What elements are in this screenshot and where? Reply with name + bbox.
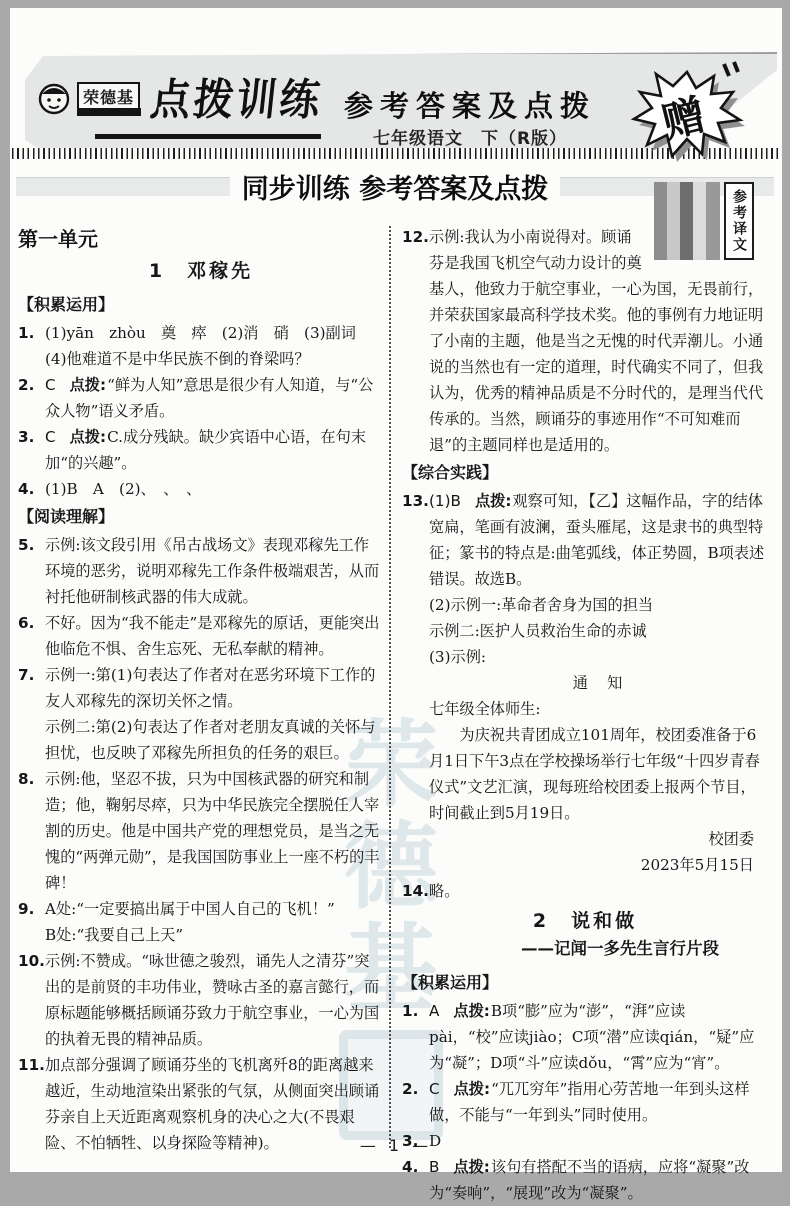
item-number: 2. <box>402 1076 429 1102</box>
column-divider <box>389 226 391 1148</box>
lesson-subtitle: ——记闻一多先生言行片段 <box>402 936 768 962</box>
item-content: 示例:他，坚忍不拔，只为中国核武器的研究和制造；他，鞠躬尽瘁，只为中华民族完全摆… <box>45 766 384 896</box>
brand-mascot-icon <box>36 80 72 116</box>
item-number: 5. <box>18 532 45 558</box>
banner-strip-left <box>16 177 230 196</box>
item-content: C点拨:“兀兀穷年”指用心劳苦地一年到头这样做，不能与“一年到头”同时使用。 <box>429 1076 768 1128</box>
answer-option: C <box>45 376 56 394</box>
translation-label: 参考译文 <box>724 182 754 260</box>
item-number: 1. <box>402 998 429 1024</box>
scanned-answer-page: 荣德基 点拨训练 参考答案及点拨 七年级语文 下（R版） 赠 同步训练 参考答案… <box>10 8 782 1172</box>
section-label: 【综合实践】 <box>402 460 768 486</box>
item-content: B点拨:该句有搭配不当的语病，应将“凝聚”改为“奏响”，“展现”改为“凝聚”。 <box>429 1154 768 1190</box>
item-number: 9. <box>18 896 45 922</box>
item-number: 3. <box>18 424 45 450</box>
lesson-heading: 1 邓稼先 <box>18 258 384 284</box>
item-number: 13. <box>402 488 429 514</box>
item-number: 11. <box>18 1052 45 1078</box>
answer-line: (2)示例一:革命者舍身为国的担当 <box>429 592 768 618</box>
brand-bar <box>77 108 141 116</box>
item-content: 略。 <box>429 878 768 904</box>
section-label: 【积累运用】 <box>402 970 768 996</box>
item-content: (1)B点拨:观察可知，【乙】这幅作品，字的结体宽扁，笔画有波澜，蚕头雁尾，这是… <box>429 488 768 878</box>
section-label: 【积累运用】 <box>18 292 384 318</box>
answer-line: 2023年5月15日 <box>429 852 768 878</box>
answer-line: B处:“我要自己上天” <box>45 922 384 948</box>
item-number: 1. <box>18 320 45 346</box>
item-content: A处:“一定要搞出属于中国人自己的飞机！”B处:“我要自己上天” <box>45 896 384 948</box>
page-subtitle: 七年级语文 下（R版） <box>330 124 610 149</box>
item-content: (1)B A (2)、 、 、 <box>45 476 384 502</box>
unit-title: 第一单元 <box>18 226 384 252</box>
answer-item: 5.示例:该文段引用《吊古战场文》表现邓稼先工作环境的恶劣，说明邓稼先工作条件极… <box>18 532 384 610</box>
logo-underline <box>95 134 321 139</box>
lesson-title: 1 邓稼先 <box>18 258 384 284</box>
answer-line: (3)示例: <box>429 644 768 670</box>
item-number: 7. <box>18 662 45 688</box>
item-number: 14. <box>402 878 429 904</box>
answer-line: A处:“一定要搞出属于中国人自己的飞机！” <box>45 896 384 922</box>
answer-line: (4)他难道不是中华民族不倒的脊梁吗？ <box>45 346 384 372</box>
item-content: 示例:不赞成。“咏世德之骏烈，诵先人之清芬”突出的是前贤的丰功伟业，赞咏古圣的嘉… <box>45 948 384 1052</box>
answer-item: 2.C点拨:“鲜为人知”意思是很少有人知道，与“公众人物”语义矛盾。 <box>18 372 384 424</box>
item-content: 不好。因为“我不能走”是邓稼先的原话，更能突出他临危不惧、舍生忘死、无私奉献的精… <box>45 610 384 662</box>
left-column: 第一单元1 邓稼先【积累运用】1.(1)yān zhòu 奠 瘁 (2)消 硝 … <box>18 224 384 1156</box>
answer-option: (1)B <box>429 492 461 510</box>
answer-line: 示例:他，坚忍不拔，只为中国核武器的研究和制造；他，鞠躬尽瘁，只为中华民族完全摆… <box>45 766 384 896</box>
qr-translation-block: 参考译文 <box>654 182 768 264</box>
item-content: C点拨:“鲜为人知”意思是很少有人知道，与“公众人物”语义矛盾。 <box>45 372 384 424</box>
answer-line: 示例一:第(1)句表达了作者对在恶劣环境下工作的友人邓稼先的深切关怀之情。 <box>45 662 384 714</box>
answer-line: C点拨:C.成分残缺。缺少宾语中心语，在句末加“的兴趣”。 <box>45 424 384 476</box>
series-logo: 点拨训练 <box>148 66 326 128</box>
tip-label: 点拨: <box>453 1158 489 1176</box>
answer-line: (1)yān zhòu 奠 瘁 (2)消 硝 (3)副词 <box>45 320 384 346</box>
item-content: A点拨:B项“膨”应为“澎”，“湃”应读pài，“校”应读jiào；C项“潜”应… <box>429 998 768 1076</box>
item-number: 6. <box>18 610 45 636</box>
answer-option: B <box>429 1158 439 1176</box>
answer-line: A点拨:B项“膨”应为“澎”，“湃”应读pài，“校”应读jiào；C项“潜”应… <box>429 998 768 1076</box>
item-number: 10. <box>18 948 45 974</box>
answer-item: 1.A点拨:B项“膨”应为“澎”，“湃”应读pài，“校”应读jiào；C项“潜… <box>402 998 768 1076</box>
answer-item: 6.不好。因为“我不能走”是邓稼先的原话，更能突出他临危不惧、舍生忘死、无私奉献… <box>18 610 384 662</box>
answer-line: 为庆祝共青团成立101周年，校团委准备于6月1日下午3点在学校操场举行七年级“十… <box>429 722 768 826</box>
tip-label: 点拨: <box>453 1002 489 1020</box>
item-number: 2. <box>18 372 45 398</box>
tip-label: 点拨: <box>454 1080 490 1098</box>
answer-line: 示例二:医护人员救治生命的赤诚 <box>429 618 768 644</box>
answer-option: C <box>429 1080 440 1098</box>
answer-item: 4.(1)B A (2)、 、 、 <box>18 476 384 502</box>
section-label: 【阅读理解】 <box>18 504 384 530</box>
item-number: 12. <box>402 224 429 250</box>
answer-item: 8.示例:他，坚忍不拔，只为中国核武器的研究和制造；他，鞠躬尽瘁，只为中华民族完… <box>18 766 384 896</box>
answer-line: 通 知 <box>429 670 768 696</box>
item-content: 示例:该文段引用《吊古战场文》表现邓稼先工作环境的恶劣，说明邓稼先工作条件极端艰… <box>45 532 384 610</box>
banner-title: 同步训练 参考答案及点拨 <box>242 167 548 206</box>
lesson-title: 2 说和做 <box>402 908 768 934</box>
answer-line: C点拨:“兀兀穷年”指用心劳苦地一年到头这样做，不能与“一年到头”同时使用。 <box>429 1076 768 1128</box>
right-column: 12.参考译文示例:我认为小南说得对。顾诵芬是我国飞机空气动力设计的奠基人，他致… <box>402 224 768 1190</box>
answer-item: 9.A处:“一定要搞出属于中国人自己的飞机！”B处:“我要自己上天” <box>18 896 384 948</box>
item-number: 4. <box>402 1154 429 1180</box>
answer-item: 13.(1)B点拨:观察可知，【乙】这幅作品，字的结体宽扁，笔画有波澜，蚕头雁尾… <box>402 488 768 878</box>
lesson-heading: 2 说和做——记闻一多先生言行片段 <box>402 908 768 962</box>
answer-line: 略。 <box>429 878 768 904</box>
tip-label: 点拨: <box>70 376 106 394</box>
answer-item: 12.参考译文示例:我认为小南说得对。顾诵芬是我国飞机空气动力设计的奠基人，他致… <box>402 224 768 458</box>
tip-label: 点拨: <box>70 428 106 446</box>
answer-line: 示例二:第(2)句表达了作者对老朋友真诚的关怀与担忧，也反映了邓稼先所担负的任务… <box>45 714 384 766</box>
item-number: 4. <box>18 476 45 502</box>
answer-line: 示例:该文段引用《吊古战场文》表现邓稼先工作环境的恶劣，说明邓稼先工作条件极端艰… <box>45 532 384 610</box>
answer-item: 10.示例:不赞成。“咏世德之骏烈，诵先人之清芬”突出的是前贤的丰功伟业，赞咏古… <box>18 948 384 1052</box>
answer-item: 4.B点拨:该句有搭配不当的语病，应将“凝聚”改为“奏响”，“展现”改为“凝聚”… <box>402 1154 768 1190</box>
item-content: 示例一:第(1)句表达了作者对在恶劣环境下工作的友人邓稼先的深切关怀之情。示例二… <box>45 662 384 766</box>
answer-item: 2.C点拨:“兀兀穷年”指用心劳苦地一年到头这样做，不能与“一年到头”同时使用。 <box>402 1076 768 1128</box>
brand-name: 荣德基 <box>77 82 140 111</box>
answer-item: 14.略。 <box>402 878 768 904</box>
answer-line: 校团委 <box>429 826 768 852</box>
tip-label: 点拨: <box>475 492 511 510</box>
answer-line: B点拨:该句有搭配不当的语病，应将“凝聚”改为“奏响”，“展现”改为“凝聚”。 <box>429 1154 768 1190</box>
item-number: 8. <box>18 766 45 792</box>
item-content: (1)yān zhòu 奠 瘁 (2)消 硝 (3)副词(4)他难道不是中华民族… <box>45 320 384 372</box>
page-number: — 1 — <box>10 1136 782 1155</box>
answer-line: 示例:不赞成。“咏世德之骏烈，诵先人之清芬”突出的是前贤的丰功伟业，赞咏古圣的嘉… <box>45 948 384 1052</box>
pixelated-qr-image <box>654 182 720 260</box>
answer-line: (1)B A (2)、 、 、 <box>45 476 384 502</box>
item-content: 参考译文示例:我认为小南说得对。顾诵芬是我国飞机空气动力设计的奠基人，他致力于航… <box>429 224 768 458</box>
answer-option: C <box>45 428 56 446</box>
answer-item: 1.(1)yān zhòu 奠 瘁 (2)消 硝 (3)副词(4)他难道不是中华… <box>18 320 384 372</box>
item-content: C点拨:C.成分残缺。缺少宾语中心语，在句末加“的兴趣”。 <box>45 424 384 476</box>
page-title: 参考答案及点拨 <box>330 84 610 125</box>
answer-line: (1)B点拨:观察可知，【乙】这幅作品，字的结体宽扁，笔画有波澜，蚕头雁尾，这是… <box>429 488 768 592</box>
answer-item: 3.C点拨:C.成分残缺。缺少宾语中心语，在句末加“的兴趣”。 <box>18 424 384 476</box>
answer-line: 不好。因为“我不能走”是邓稼先的原话，更能突出他临危不惧、舍生忘死、无私奉献的精… <box>45 610 384 662</box>
answer-option: A <box>429 1002 439 1020</box>
answer-line: C点拨:“鲜为人知”意思是很少有人知道，与“公众人物”语义矛盾。 <box>45 372 384 424</box>
answer-line: 七年级全体师生: <box>429 696 768 722</box>
gift-badge: 赠 <box>628 60 746 164</box>
answer-item: 7.示例一:第(1)句表达了作者对在恶劣环境下工作的友人邓稼先的深切关怀之情。示… <box>18 662 384 766</box>
